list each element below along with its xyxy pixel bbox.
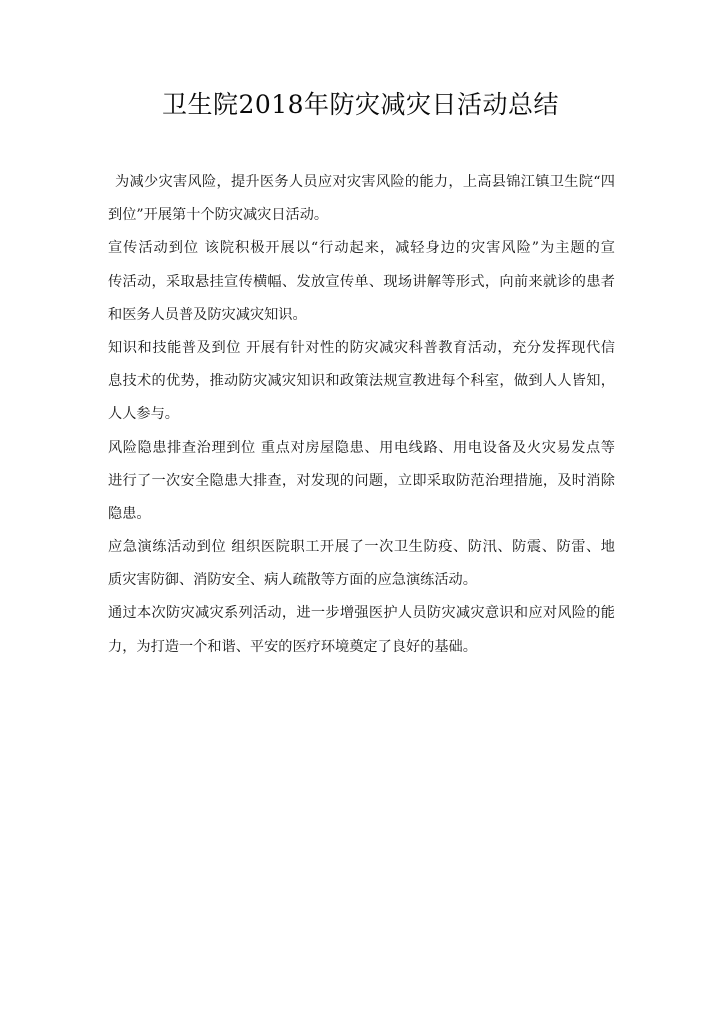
- text-line: 到位”开展第十个防灾减灾日活动。: [108, 203, 615, 236]
- text-line: 知识和技能普及到位 开展有针对性的防灾减灾科普教育活动，充分发挥现代信: [108, 336, 615, 369]
- text-line: 应急演练活动到位 组织医院职工开展了一次卫生防疫、防汛、防震、防雷、地: [108, 535, 615, 568]
- text-line: 人人参与。: [108, 402, 615, 435]
- paragraph-knowledge: 知识和技能普及到位 开展有针对性的防灾减灾科普教育活动，充分发挥现代信 息技术的…: [108, 336, 615, 436]
- document-page: 卫生院2018年防灾减灾日活动总结 为减少灾害风险，提升医务人员应对灾害风险的能…: [0, 0, 721, 1020]
- paragraph-intro: 为减少灾害风险，提升医务人员应对灾害风险的能力，上高县锦江镇卫生院“四 到位”开…: [108, 170, 615, 236]
- paragraph-emergency-drill: 应急演练活动到位 组织医院职工开展了一次卫生防疫、防汛、防震、防雷、地 质灾害防…: [108, 535, 615, 601]
- text-line: 力，为打造一个和谐、平安的医疗环境奠定了良好的基础。: [108, 635, 615, 668]
- text-line: 通过本次防灾减灾系列活动，进一步增强医护人员防灾减灾意识和应对风险的能: [108, 601, 615, 634]
- text-line: 风险隐患排查治理到位 重点对房屋隐患、用电线路、用电设备及火灾易发点等: [108, 436, 615, 469]
- text-line: 传活动，采取悬挂宣传横幅、发放宣传单、现场讲解等形式，向前来就诊的患者: [108, 270, 615, 303]
- text-line: 和医务人员普及防灾减灾知识。: [108, 303, 615, 336]
- paragraph-conclusion: 通过本次防灾减灾系列活动，进一步增强医护人员防灾减灾意识和应对风险的能 力，为打…: [108, 601, 615, 667]
- text-line: 宣传活动到位 该院积极开展以“行动起来，减轻身边的灾害风险”为主题的宣: [108, 236, 615, 269]
- paragraph-hazard-inspection: 风险隐患排查治理到位 重点对房屋隐患、用电线路、用电设备及火灾易发点等 进行了一…: [108, 436, 615, 536]
- text-line: 隐患。: [108, 502, 615, 535]
- text-line: 息技术的优势，推动防灾减灾知识和政策法规宣教进每个科室，做到人人皆知，: [108, 369, 615, 402]
- text-line: 进行了一次安全隐患大排查，对发现的问题，立即采取防范治理措施，及时消除: [108, 469, 615, 502]
- document-title: 卫生院2018年防灾减灾日活动总结: [0, 88, 721, 122]
- paragraph-publicity: 宣传活动到位 该院积极开展以“行动起来，减轻身边的灾害风险”为主题的宣 传活动，…: [108, 236, 615, 336]
- text-line: 质灾害防御、消防安全、病人疏散等方面的应急演练活动。: [108, 568, 615, 601]
- text-line: 为减少灾害风险，提升医务人员应对灾害风险的能力，上高县锦江镇卫生院“四: [108, 170, 615, 203]
- document-body: 为减少灾害风险，提升医务人员应对灾害风险的能力，上高县锦江镇卫生院“四 到位”开…: [108, 170, 615, 668]
